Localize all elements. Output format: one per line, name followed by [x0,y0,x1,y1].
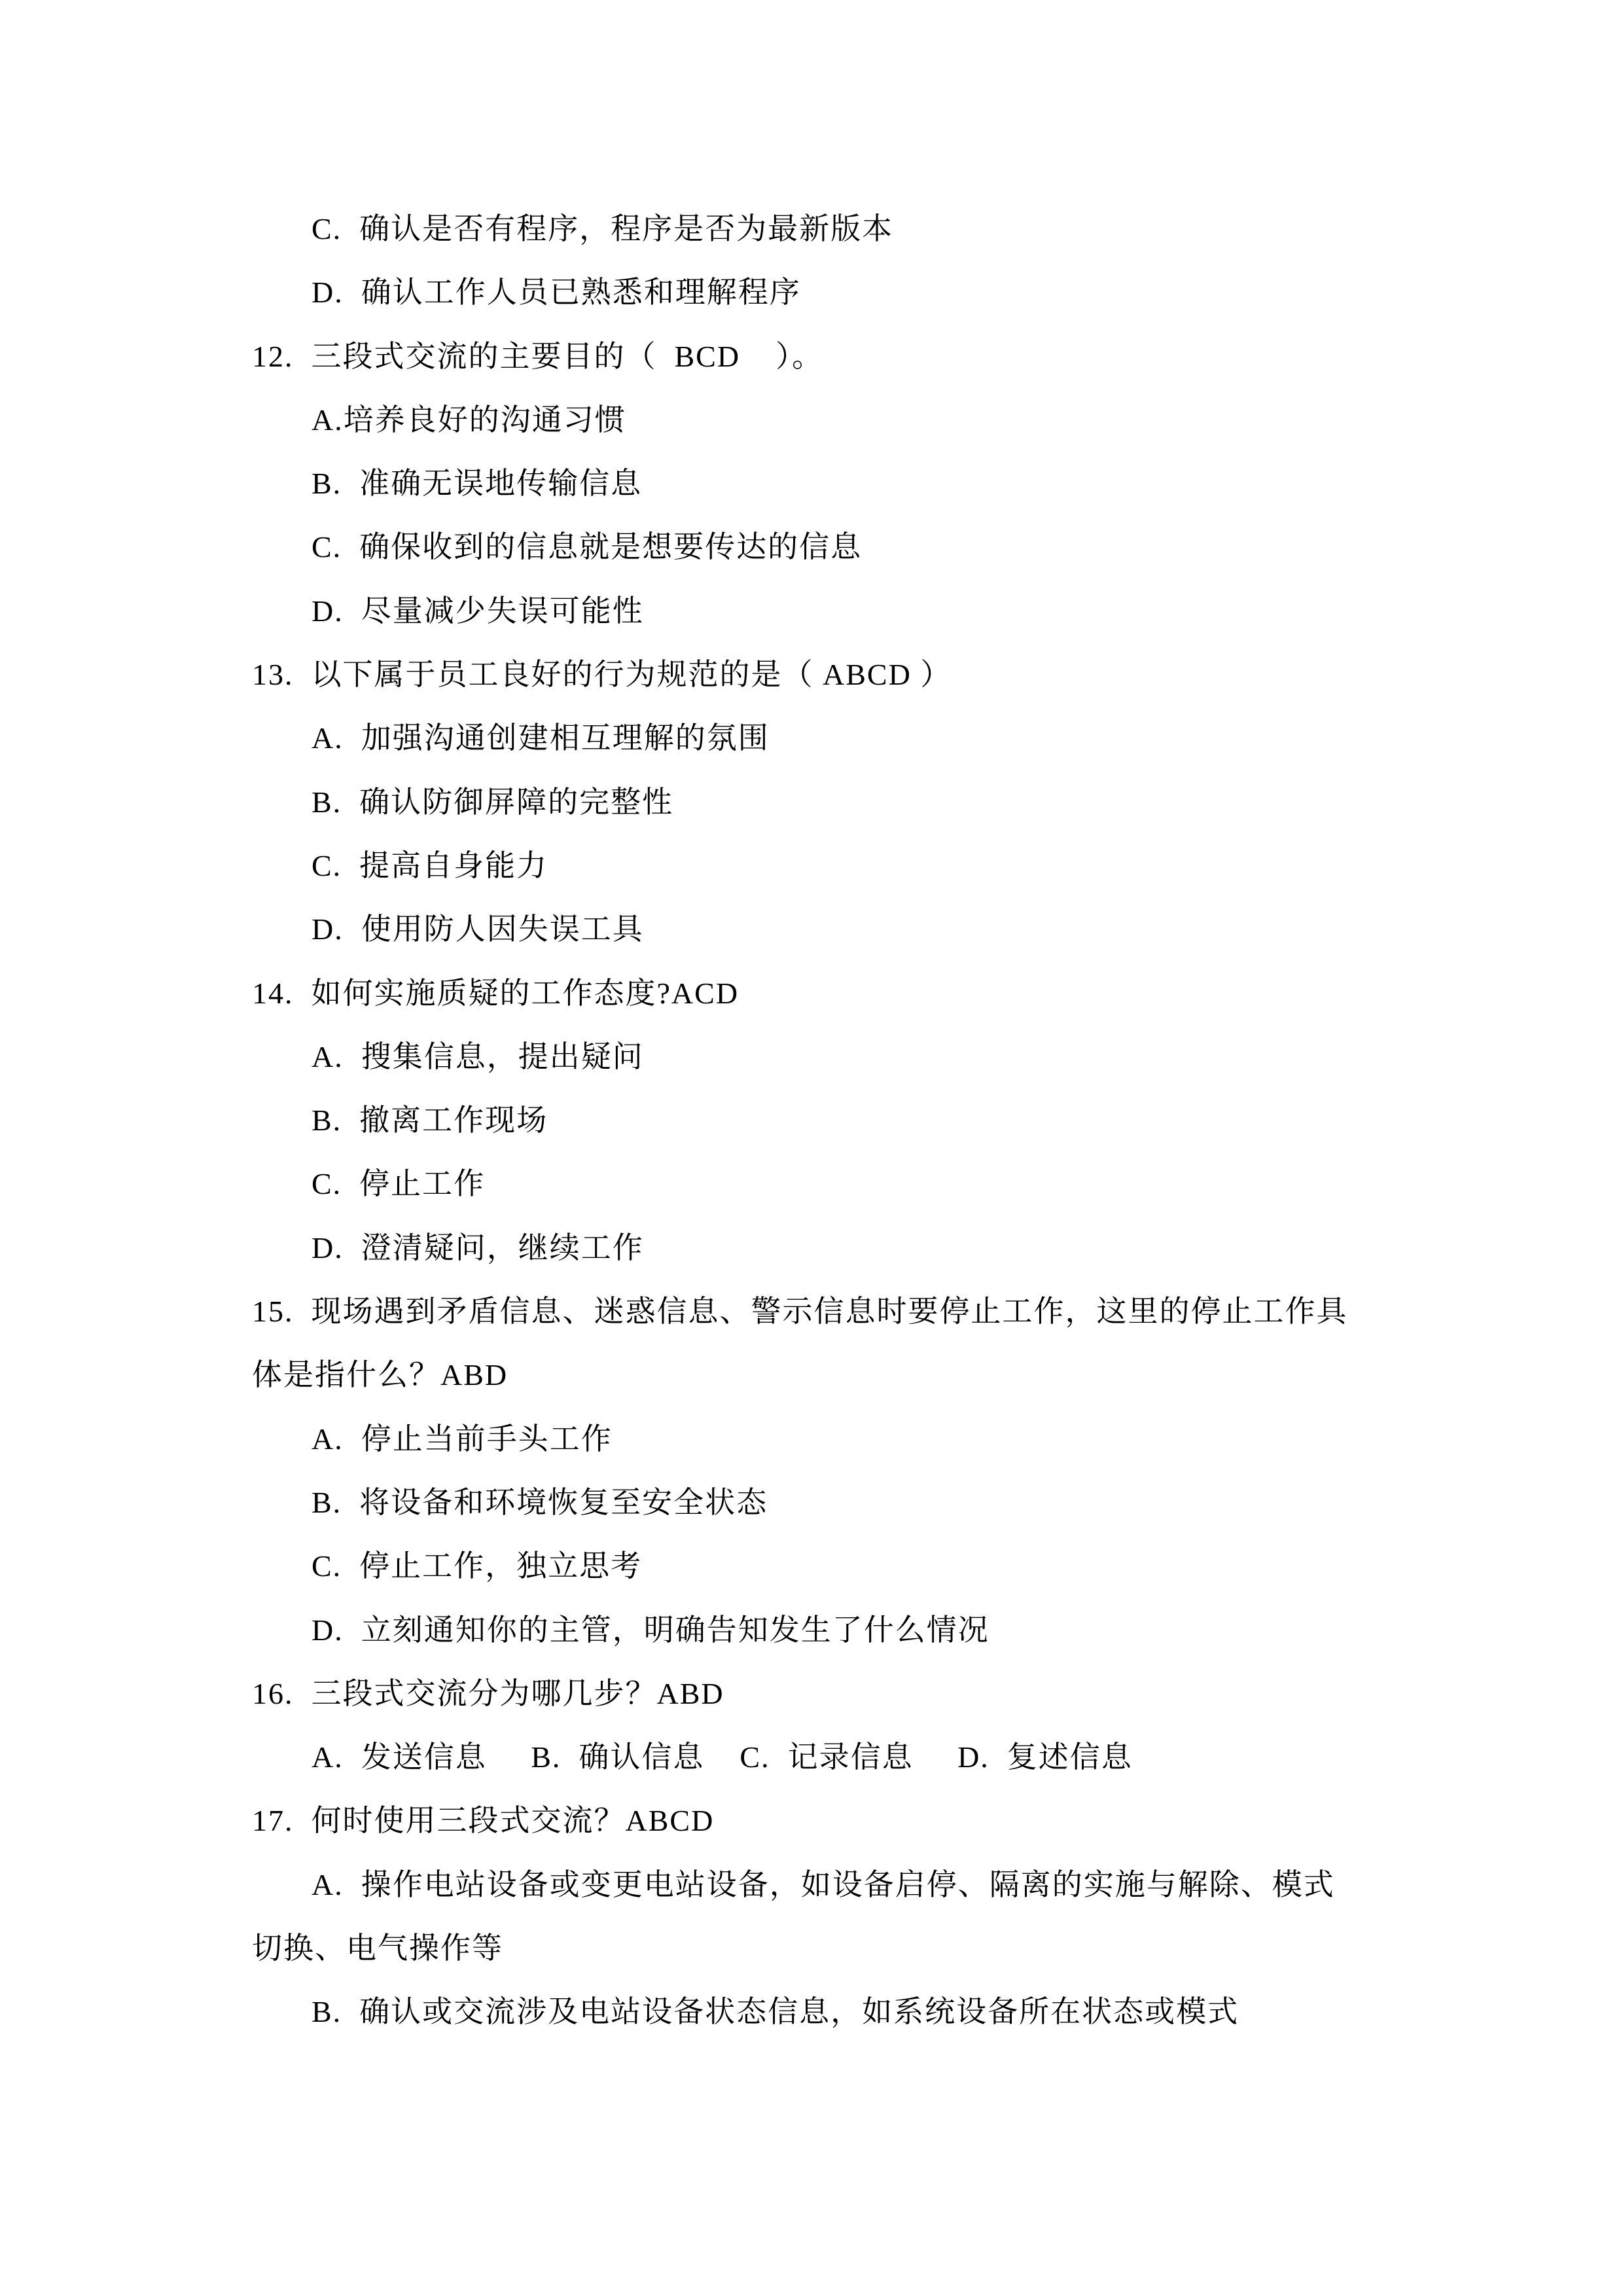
option-line: C. 确认是否有程序，程序是否为最新版本 [0,197,1623,260]
question-line: 13. 以下属于员工良好的行为规范的是（ ABCD ） [0,643,1623,706]
question-line: 12. 三段式交流的主要目的（ BCD ）。 [0,325,1623,388]
option-line: A.培养良好的沟通习惯 [0,388,1623,452]
option-line: A. 搜集信息，提出疑问 [0,1025,1623,1088]
question-line: 16. 三段式交流分为哪几步？ABD [0,1662,1623,1725]
option-line: D. 澄清疑问，继续工作 [0,1216,1623,1280]
option-line: A. 加强沟通创建相互理解的氛围 [0,706,1623,770]
continuation-line: 体是指什么？ABD [0,1343,1623,1407]
option-line: D. 确认工作人员已熟悉和理解程序 [0,260,1623,324]
continuation-line: 切换、电气操作等 [0,1916,1623,1980]
option-line: B. 准确无误地传输信息 [0,452,1623,515]
option-line: D. 使用防人因失误工具 [0,897,1623,961]
question-line: 17. 何时使用三段式交流？ABCD [0,1789,1623,1852]
option-line: B. 确认或交流涉及电站设备状态信息，如系统设备所在状态或模式 [0,1980,1623,2043]
option-line: A. 发送信息 B. 确认信息 C. 记录信息 D. 复述信息 [0,1725,1623,1789]
document-page: C. 确认是否有程序，程序是否为最新版本D. 确认工作人员已熟悉和理解程序12.… [0,0,1623,2296]
option-line: C. 提高自身能力 [0,834,1623,897]
option-line: C. 停止工作，独立思考 [0,1534,1623,1598]
option-line: B. 确认防御屏障的完整性 [0,770,1623,834]
question-line: 14. 如何实施质疑的工作态度?ACD [0,961,1623,1025]
option-line: D. 立刻通知你的主管，明确告知发生了什么情况 [0,1598,1623,1662]
option-line: B. 撤离工作现场 [0,1088,1623,1152]
quiz-text-block: C. 确认是否有程序，程序是否为最新版本D. 确认工作人员已熟悉和理解程序12.… [0,197,1623,2044]
option-line: A. 停止当前手头工作 [0,1407,1623,1471]
question-line: 15. 现场遇到矛盾信息、迷惑信息、警示信息时要停止工作，这里的停止工作具 [0,1280,1623,1343]
option-line: B. 将设备和环境恢复至安全状态 [0,1471,1623,1534]
option-line: C. 停止工作 [0,1152,1623,1215]
option-line: A. 操作电站设备或变更电站设备，如设备启停、隔离的实施与解除、模式 [0,1853,1623,1916]
option-line: D. 尽量减少失误可能性 [0,579,1623,643]
option-line: C. 确保收到的信息就是想要传达的信息 [0,515,1623,579]
